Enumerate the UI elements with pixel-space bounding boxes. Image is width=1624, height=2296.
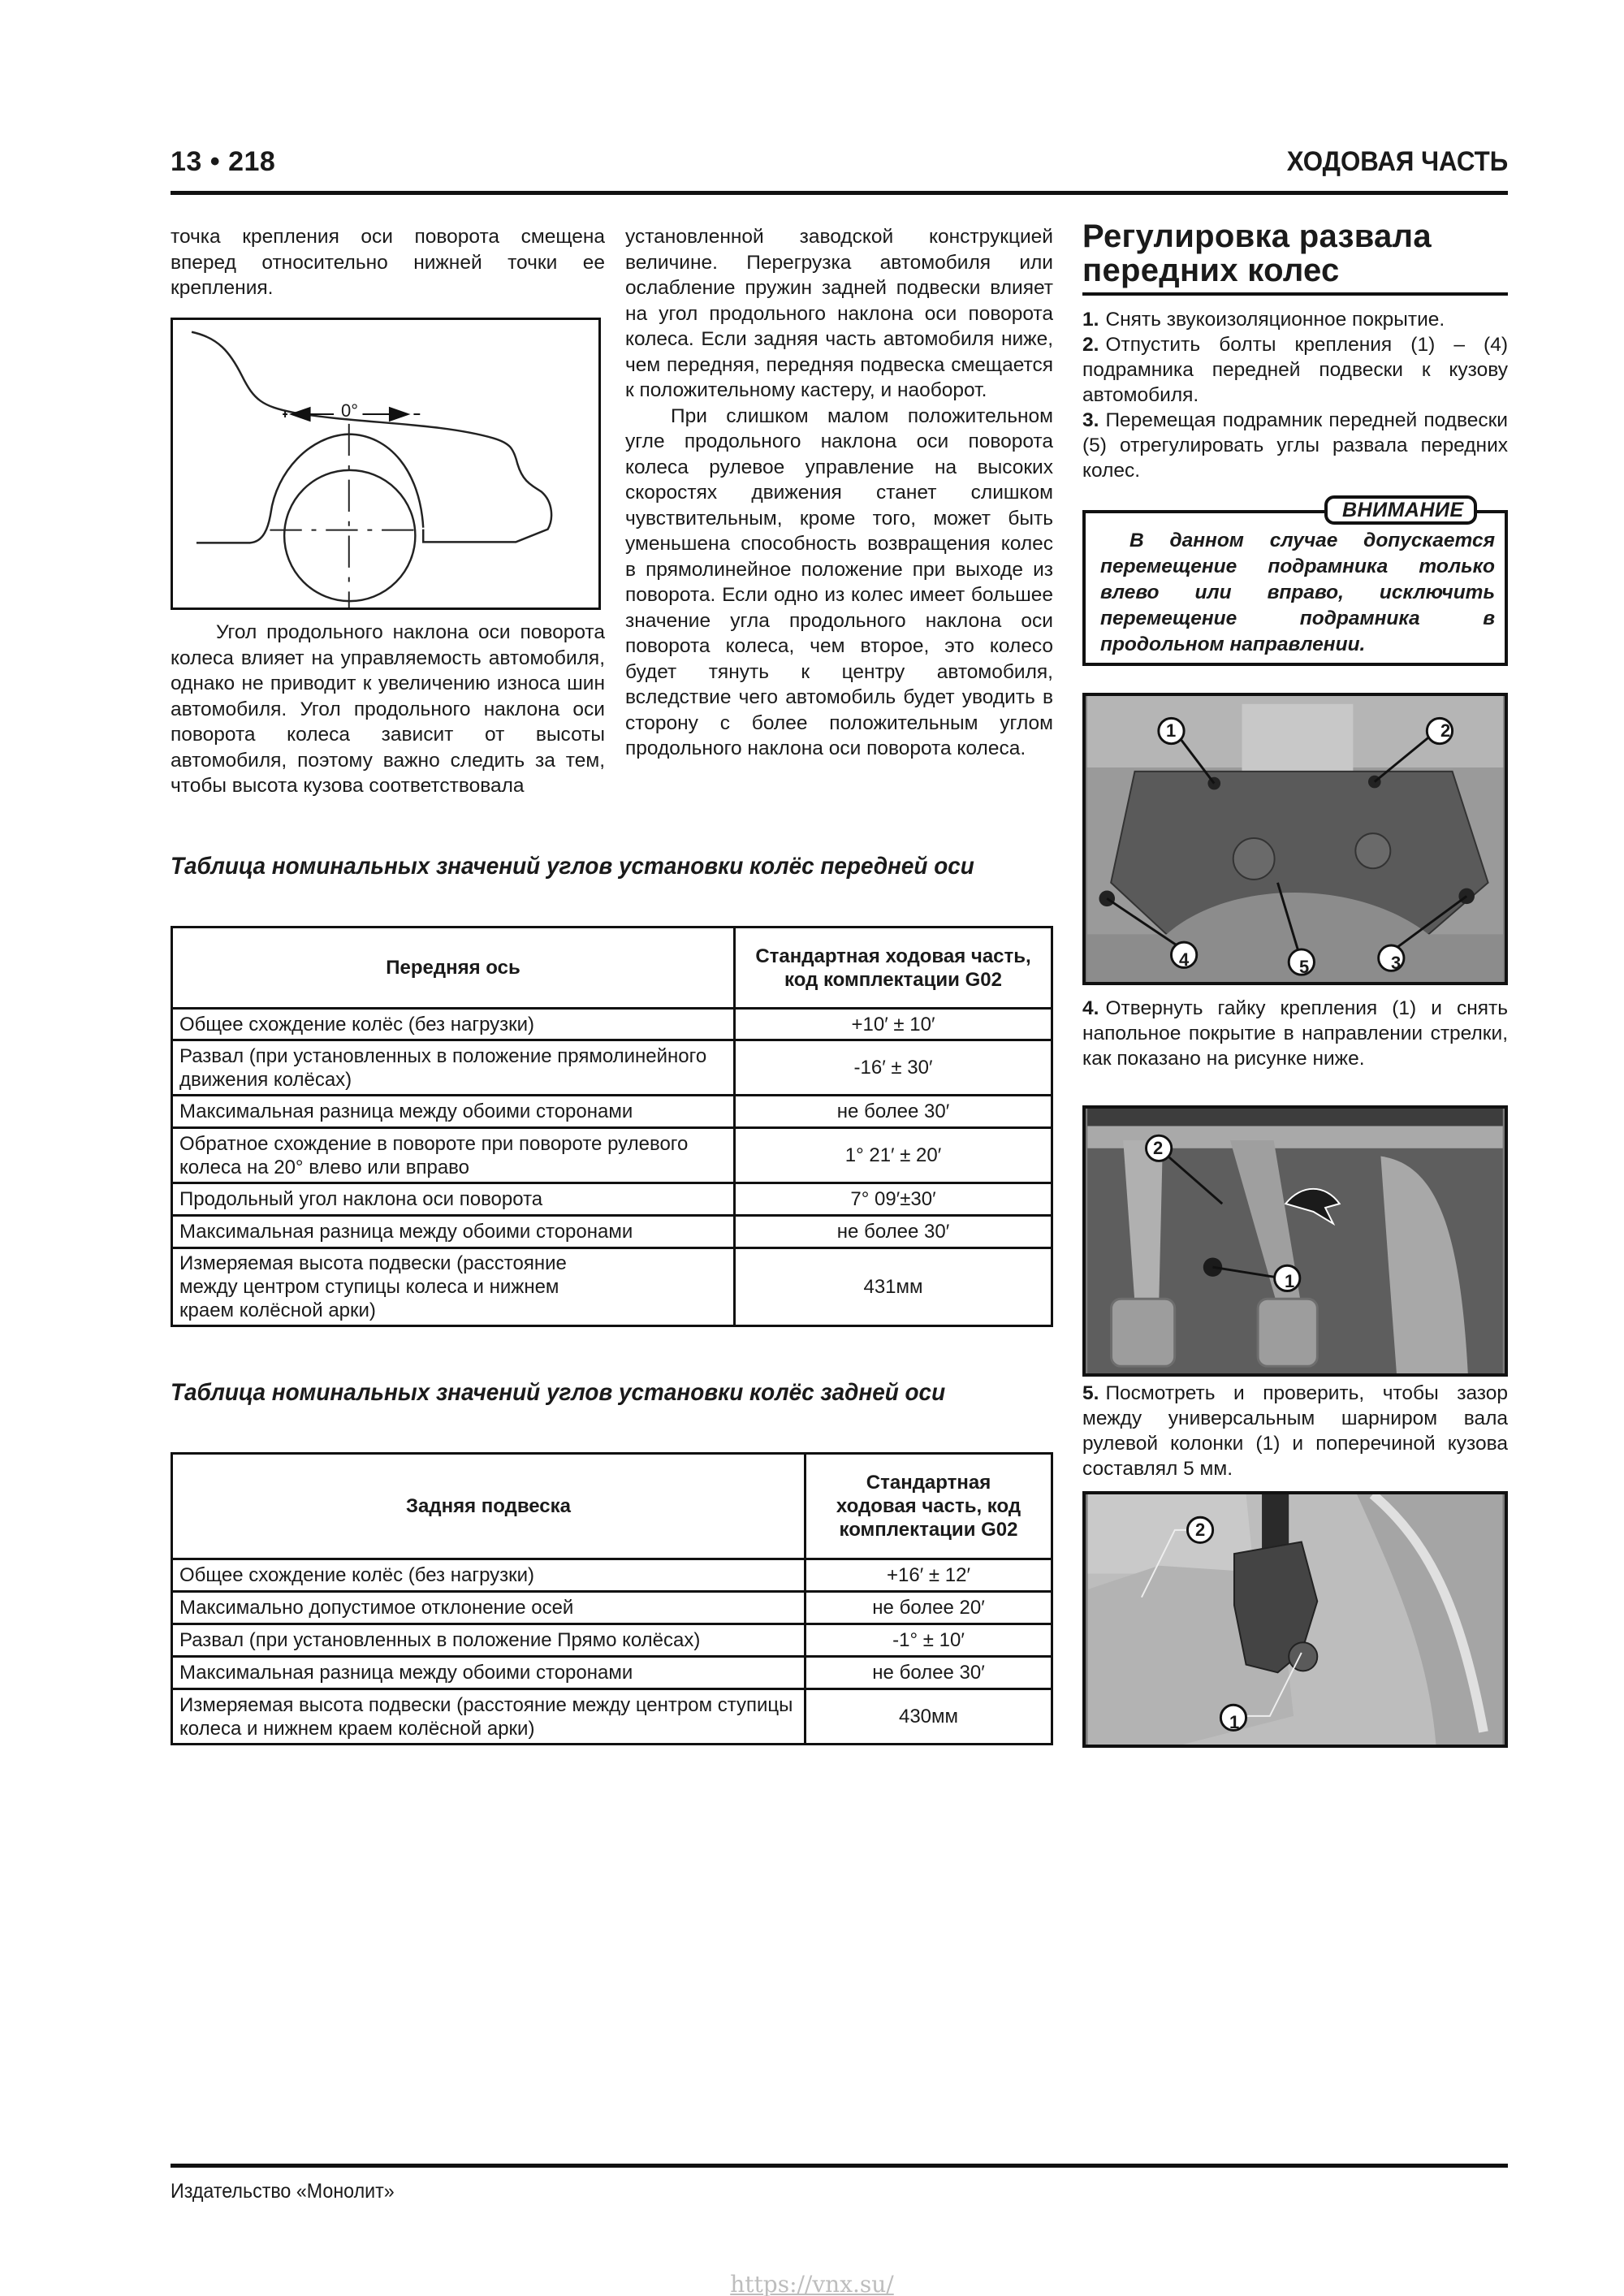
middle-column: установленной заводской конструкцией вел…: [625, 224, 1053, 762]
param-cell: Максимально допустимое отклонение осей: [172, 1592, 806, 1624]
value-cell: не более 30′: [806, 1657, 1052, 1689]
value-cell: 431мм: [735, 1248, 1052, 1326]
table-row: Максимальная разница между обоими сторон…: [172, 1657, 1052, 1689]
intro-text: точка крепления оси поворота смещена впе…: [171, 224, 605, 301]
value-cell: -1° ± 10′: [806, 1624, 1052, 1657]
value-cell: +16′ ± 12′: [806, 1559, 1052, 1592]
rear-axle-table: Задняя подвеска Стандартная ходовая част…: [171, 1452, 1053, 1745]
caster-text: Угол продольного наклона оси поворота ко…: [171, 620, 605, 799]
front-axle-table: Передняя ось Стандартная ходовая часть, …: [171, 926, 1053, 1327]
param-cell: Максимальная разница между обоими сторон…: [172, 1657, 806, 1689]
value-cell: 1° 21′ ± 20′: [735, 1128, 1052, 1183]
column-header: Стандартная ходовая часть, код комплекта…: [735, 927, 1052, 1009]
callout-5: 5: [1299, 957, 1309, 978]
header-divider: [171, 191, 1508, 195]
step-text: Отпустить болты крепления (1) – (4) подр…: [1082, 334, 1508, 406]
table-row: Общее схождение колёс (без нагрузки)+10′…: [172, 1009, 1052, 1040]
step-number: 5.: [1082, 1382, 1099, 1404]
value-cell: не более 30′: [735, 1096, 1052, 1128]
steps-list: 1.Снять звукоизоляционное покрытие. 2.От…: [1082, 307, 1508, 483]
pedals-illustration: [1086, 1109, 1505, 1373]
value-cell: +10′ ± 10′: [735, 1009, 1052, 1040]
callout-1: 1: [1229, 1712, 1239, 1733]
table-row: Развал (при установленных в положение пр…: [172, 1040, 1052, 1096]
publisher-name: Издательство «Монолит»: [171, 2180, 395, 2203]
param-cell: Измеряемая высота подвески (расстояние м…: [172, 1248, 735, 1326]
table-row: Измеряемая высота подвески (расстояние м…: [172, 1248, 1052, 1326]
caster-paragraph: Угол продольного наклона оси поворота ко…: [171, 620, 605, 799]
page-number: 13 • 218: [171, 146, 275, 178]
value-cell: не более 20′: [806, 1592, 1052, 1624]
callout-2: 2: [1440, 720, 1450, 742]
param-cell: Измеряемая высота подвески (расстояние м…: [172, 1689, 806, 1745]
pedals-photo: 1 2: [1082, 1105, 1508, 1377]
callout-4: 4: [1179, 949, 1189, 971]
step-item: 5.Посмотреть и проверить, чтобы зазор ме…: [1082, 1381, 1508, 1481]
section-title: ХОДОВАЯ ЧАСТЬ: [1286, 146, 1508, 178]
steering-joint-illustration: [1086, 1494, 1505, 1745]
table-row: Максимальная разница между обоими сторон…: [172, 1096, 1052, 1128]
value-cell: -16′ ± 30′: [735, 1040, 1052, 1096]
step-number: 2.: [1082, 334, 1099, 356]
param-cell: Развал (при установленных в положение пр…: [172, 1040, 735, 1096]
paragraph-1: установленной заводской конструкцией вел…: [625, 224, 1053, 404]
table-row: Продольный угол наклона оси поворота7° 0…: [172, 1183, 1052, 1216]
param-cell: Развал (при установленных в положение Пр…: [172, 1624, 806, 1657]
caster-angle-illustration: [173, 320, 598, 608]
table-header-row: Передняя ось Стандартная ходовая часть, …: [172, 927, 1052, 1009]
value-cell: не более 30′: [735, 1216, 1052, 1248]
param-cell: Общее схождение колёс (без нагрузки): [172, 1559, 806, 1592]
step-item: 4.Отвернуть гайку крепления (1) и снять …: [1082, 996, 1508, 1071]
column-header: Передняя ось: [172, 927, 735, 1009]
angle-label: 0°: [341, 400, 358, 422]
table-row: Развал (при установленных в положение Пр…: [172, 1624, 1052, 1657]
table-row: Общее схождение колёс (без нагрузки)+16′…: [172, 1559, 1052, 1592]
callout-2: 2: [1153, 1138, 1163, 1159]
warning-label: ВНИМАНИЕ: [1324, 495, 1477, 525]
intro-paragraph: точка крепления оси поворота смещена впе…: [171, 224, 605, 301]
column-header: Задняя подвеска: [172, 1454, 806, 1559]
step-text: Снять звукоизоляционное покрытие.: [1105, 309, 1445, 331]
watermark-link[interactable]: https://vnx.su/: [0, 2271, 1624, 2296]
step-number: 3.: [1082, 409, 1099, 431]
step-number: 4.: [1082, 997, 1099, 1019]
value-cell: 430мм: [806, 1689, 1052, 1745]
callout-3: 3: [1391, 953, 1401, 974]
table-header-row: Задняя подвеска Стандартная ходовая част…: [172, 1454, 1052, 1559]
step-text: Посмотреть и проверить, чтобы зазор межд…: [1082, 1382, 1508, 1480]
steering-joint-photo: 2 1: [1082, 1491, 1508, 1748]
param-cell: Продольный угол наклона оси поворота: [172, 1183, 735, 1216]
param-cell: Максимальная разница между обоими сторон…: [172, 1216, 735, 1248]
table-row: Максимальная разница между обоими сторон…: [172, 1216, 1052, 1248]
step-number: 1.: [1082, 309, 1099, 331]
param-cell: Обратное схождение в повороте при поворо…: [172, 1128, 735, 1183]
rear-table-title: Таблица номинальных значений углов устан…: [171, 1379, 991, 1406]
paragraph-2: При слишком малом положительном угле про…: [625, 404, 1053, 762]
param-cell: Максимальная разница между обоими сторон…: [172, 1096, 735, 1128]
param-cell: Общее схождение колёс (без нагрузки): [172, 1009, 735, 1040]
section-heading: Регулировка развала передних колес: [1082, 219, 1508, 296]
warning-text: В данном случае допускается перемещение …: [1100, 528, 1495, 658]
step-item: 3.Перемещая подрамник передней подвески …: [1082, 408, 1508, 483]
value-cell: 7° 09′±30′: [735, 1183, 1052, 1216]
step-text: Отвернуть гайку крепления (1) и снять на…: [1082, 997, 1508, 1070]
table-row: Обратное схождение в повороте при поворо…: [172, 1128, 1052, 1183]
table-row: Максимально допустимое отклонение осейне…: [172, 1592, 1052, 1624]
step-text: Перемещая подрамник передней подвески (5…: [1082, 409, 1508, 482]
caster-diagram: 0°: [171, 318, 601, 610]
callout-1: 1: [1285, 1271, 1294, 1292]
footer-divider: [171, 2164, 1508, 2168]
front-table-title: Таблица номинальных значений углов устан…: [171, 853, 991, 880]
step-item: 2.Отпустить болты крепления (1) – (4) по…: [1082, 332, 1508, 408]
callout-1: 1: [1166, 720, 1176, 742]
table-row: Измеряемая высота подвески (расстояние м…: [172, 1689, 1052, 1745]
subframe-photo: 1 2 3 4 5: [1082, 693, 1508, 985]
column-header: Стандартная ходовая часть, код комплекта…: [806, 1454, 1052, 1559]
callout-2: 2: [1195, 1520, 1205, 1541]
step-item: 1.Снять звукоизоляционное покрытие.: [1082, 307, 1508, 332]
